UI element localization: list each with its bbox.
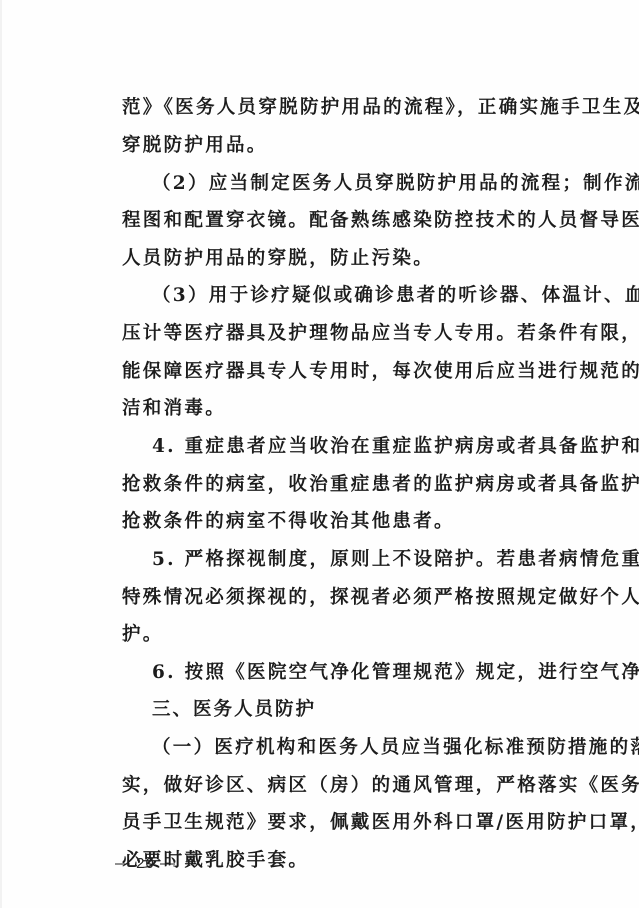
paragraph-line: 人员防护用品的穿脱，防止污染。	[122, 247, 554, 271]
paragraph-line: 洁和消毒。	[122, 397, 554, 421]
page-number: — 20 —	[115, 855, 176, 872]
document-page: 范》《医务人员穿脱防护用品的流程》，正确实施手卫生及 穿脱防护用品。 （2）应当…	[0, 0, 639, 908]
paragraph-line: 特殊情况必须探视的，探视者必须严格按照规定做好个人防	[122, 586, 554, 610]
section-heading: 三、医务人员防护	[152, 698, 554, 722]
paragraph-line: （一）医疗机构和医务人员应当强化标准预防措施的落	[152, 736, 554, 760]
paragraph-line: 4. 重症患者应当收治在重症监护病房或者具备监护和	[152, 435, 554, 459]
paragraph-line: 5. 严格探视制度，原则上不设陪护。若患者病情危重等	[152, 548, 554, 572]
paragraph-line: 必要时戴乳胶手套。	[122, 849, 554, 873]
paragraph-line: 实，做好诊区、病区（房）的通风管理，严格落实《医务人	[122, 774, 554, 798]
paragraph-line: （3）用于诊疗疑似或确诊患者的听诊器、体温计、血	[152, 284, 554, 308]
paragraph-line: 能保障医疗器具专人专用时，每次使用后应当进行规范的清	[122, 360, 554, 384]
paragraph-line: 抢救条件的病室，收治重症患者的监护病房或者具备监护和	[122, 473, 554, 497]
paragraph-line: 范》《医务人员穿脱防护用品的流程》，正确实施手卫生及	[122, 96, 554, 120]
paragraph-line: 护。	[122, 623, 554, 647]
paragraph-line: 抢救条件的病室不得收治其他患者。	[122, 510, 554, 534]
paragraph-line: 6. 按照《医院空气净化管理规范》规定，进行空气净化。	[152, 661, 554, 685]
paragraph-line: 压计等医疗器具及护理物品应当专人专用。若条件有限，不	[122, 322, 554, 346]
paragraph-line: 程图和配置穿衣镜。配备熟练感染防控技术的人员督导医务	[122, 209, 554, 233]
paragraph-line: 员手卫生规范》要求，佩戴医用外科口罩/医用防护口罩，	[122, 811, 554, 835]
paragraph-line: （2）应当制定医务人员穿脱防护用品的流程；制作流	[152, 172, 554, 196]
paragraph-line: 穿脱防护用品。	[122, 134, 554, 158]
